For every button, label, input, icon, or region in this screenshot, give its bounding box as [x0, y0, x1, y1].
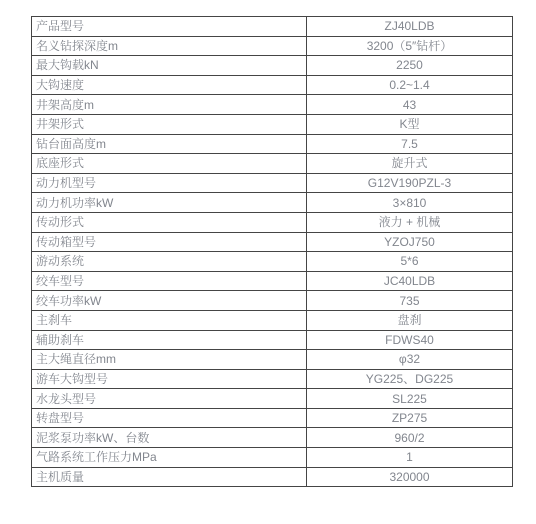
- table-row: 气路系统工作压力MPa1: [32, 448, 513, 468]
- spec-value: YZOJ750: [307, 232, 513, 252]
- spec-value: 2250: [307, 56, 513, 76]
- spec-value: FDWS40: [307, 330, 513, 350]
- spec-value: 735: [307, 291, 513, 311]
- spec-label: 名义钻探深度m: [32, 36, 307, 56]
- spec-label: 井架形式: [32, 114, 307, 134]
- spec-value: 旋升式: [307, 154, 513, 174]
- spec-value: 960/2: [307, 428, 513, 448]
- table-row: 动力机功率kW3×810: [32, 193, 513, 213]
- spec-label: 传动形式: [32, 212, 307, 232]
- table-row: 底座形式旋升式: [32, 154, 513, 174]
- spec-label: 大钩速度: [32, 75, 307, 95]
- spec-label: 底座形式: [32, 154, 307, 174]
- table-row: 主刹车盘刹: [32, 310, 513, 330]
- spec-label: 传动箱型号: [32, 232, 307, 252]
- table-row: 游车大钩型号YG225、DG225: [32, 369, 513, 389]
- spec-label: 辅助刹车: [32, 330, 307, 350]
- spec-value: ZJ40LDB: [307, 17, 513, 37]
- table-row: 游动系统5*6: [32, 252, 513, 272]
- table-row: 主大绳直径mmφ32: [32, 350, 513, 370]
- spec-label: 主机质量: [32, 467, 307, 487]
- spec-value: 液力 + 机械: [307, 212, 513, 232]
- table-row: 动力机型号G12V190PZL-3: [32, 173, 513, 193]
- table-row: 绞车功率kW735: [32, 291, 513, 311]
- table-row: 大钩速度0.2~1.4: [32, 75, 513, 95]
- table-row: 转盘型号ZP275: [32, 408, 513, 428]
- page: 产品型号ZJ40LDB名义钻探深度m3200（5″钻杆）最大钩载kN2250大钩…: [0, 0, 536, 524]
- spec-label: 动力机功率kW: [32, 193, 307, 213]
- spec-value: 320000: [307, 467, 513, 487]
- table-row: 绞车型号JC40LDB: [32, 271, 513, 291]
- spec-label: 游动系统: [32, 252, 307, 272]
- spec-value: φ32: [307, 350, 513, 370]
- table-row: 产品型号ZJ40LDB: [32, 17, 513, 37]
- spec-value: 0.2~1.4: [307, 75, 513, 95]
- spec-label: 动力机型号: [32, 173, 307, 193]
- spec-label: 主大绳直径mm: [32, 350, 307, 370]
- spec-value: JC40LDB: [307, 271, 513, 291]
- spec-label: 游车大钩型号: [32, 369, 307, 389]
- spec-table-body: 产品型号ZJ40LDB名义钻探深度m3200（5″钻杆）最大钩载kN2250大钩…: [32, 17, 513, 487]
- spec-value: ZP275: [307, 408, 513, 428]
- spec-label: 井架高度m: [32, 95, 307, 115]
- spec-label: 转盘型号: [32, 408, 307, 428]
- spec-value: 43: [307, 95, 513, 115]
- table-row: 辅助刹车FDWS40: [32, 330, 513, 350]
- spec-value: SL225: [307, 389, 513, 409]
- table-row: 传动形式液力 + 机械: [32, 212, 513, 232]
- table-row: 井架高度m43: [32, 95, 513, 115]
- spec-label: 气路系统工作压力MPa: [32, 448, 307, 468]
- spec-label: 绞车型号: [32, 271, 307, 291]
- spec-value: YG225、DG225: [307, 369, 513, 389]
- spec-table: 产品型号ZJ40LDB名义钻探深度m3200（5″钻杆）最大钩载kN2250大钩…: [31, 16, 513, 487]
- spec-value: 1: [307, 448, 513, 468]
- spec-label: 主刹车: [32, 310, 307, 330]
- table-row: 泥浆泵功率kW、台数960/2: [32, 428, 513, 448]
- spec-value: G12V190PZL-3: [307, 173, 513, 193]
- table-row: 传动箱型号YZOJ750: [32, 232, 513, 252]
- table-row: 井架形式K型: [32, 114, 513, 134]
- spec-label: 绞车功率kW: [32, 291, 307, 311]
- spec-label: 水龙头型号: [32, 389, 307, 409]
- table-row: 水龙头型号SL225: [32, 389, 513, 409]
- spec-value: 7.5: [307, 134, 513, 154]
- spec-value: 盘刹: [307, 310, 513, 330]
- spec-value: 3×810: [307, 193, 513, 213]
- spec-value: K型: [307, 114, 513, 134]
- table-row: 主机质量320000: [32, 467, 513, 487]
- spec-label: 产品型号: [32, 17, 307, 37]
- spec-value: 3200（5″钻杆）: [307, 36, 513, 56]
- table-row: 钻台面高度m7.5: [32, 134, 513, 154]
- spec-label: 泥浆泵功率kW、台数: [32, 428, 307, 448]
- table-row: 名义钻探深度m3200（5″钻杆）: [32, 36, 513, 56]
- spec-label: 最大钩载kN: [32, 56, 307, 76]
- table-row: 最大钩载kN2250: [32, 56, 513, 76]
- spec-label: 钻台面高度m: [32, 134, 307, 154]
- spec-value: 5*6: [307, 252, 513, 272]
